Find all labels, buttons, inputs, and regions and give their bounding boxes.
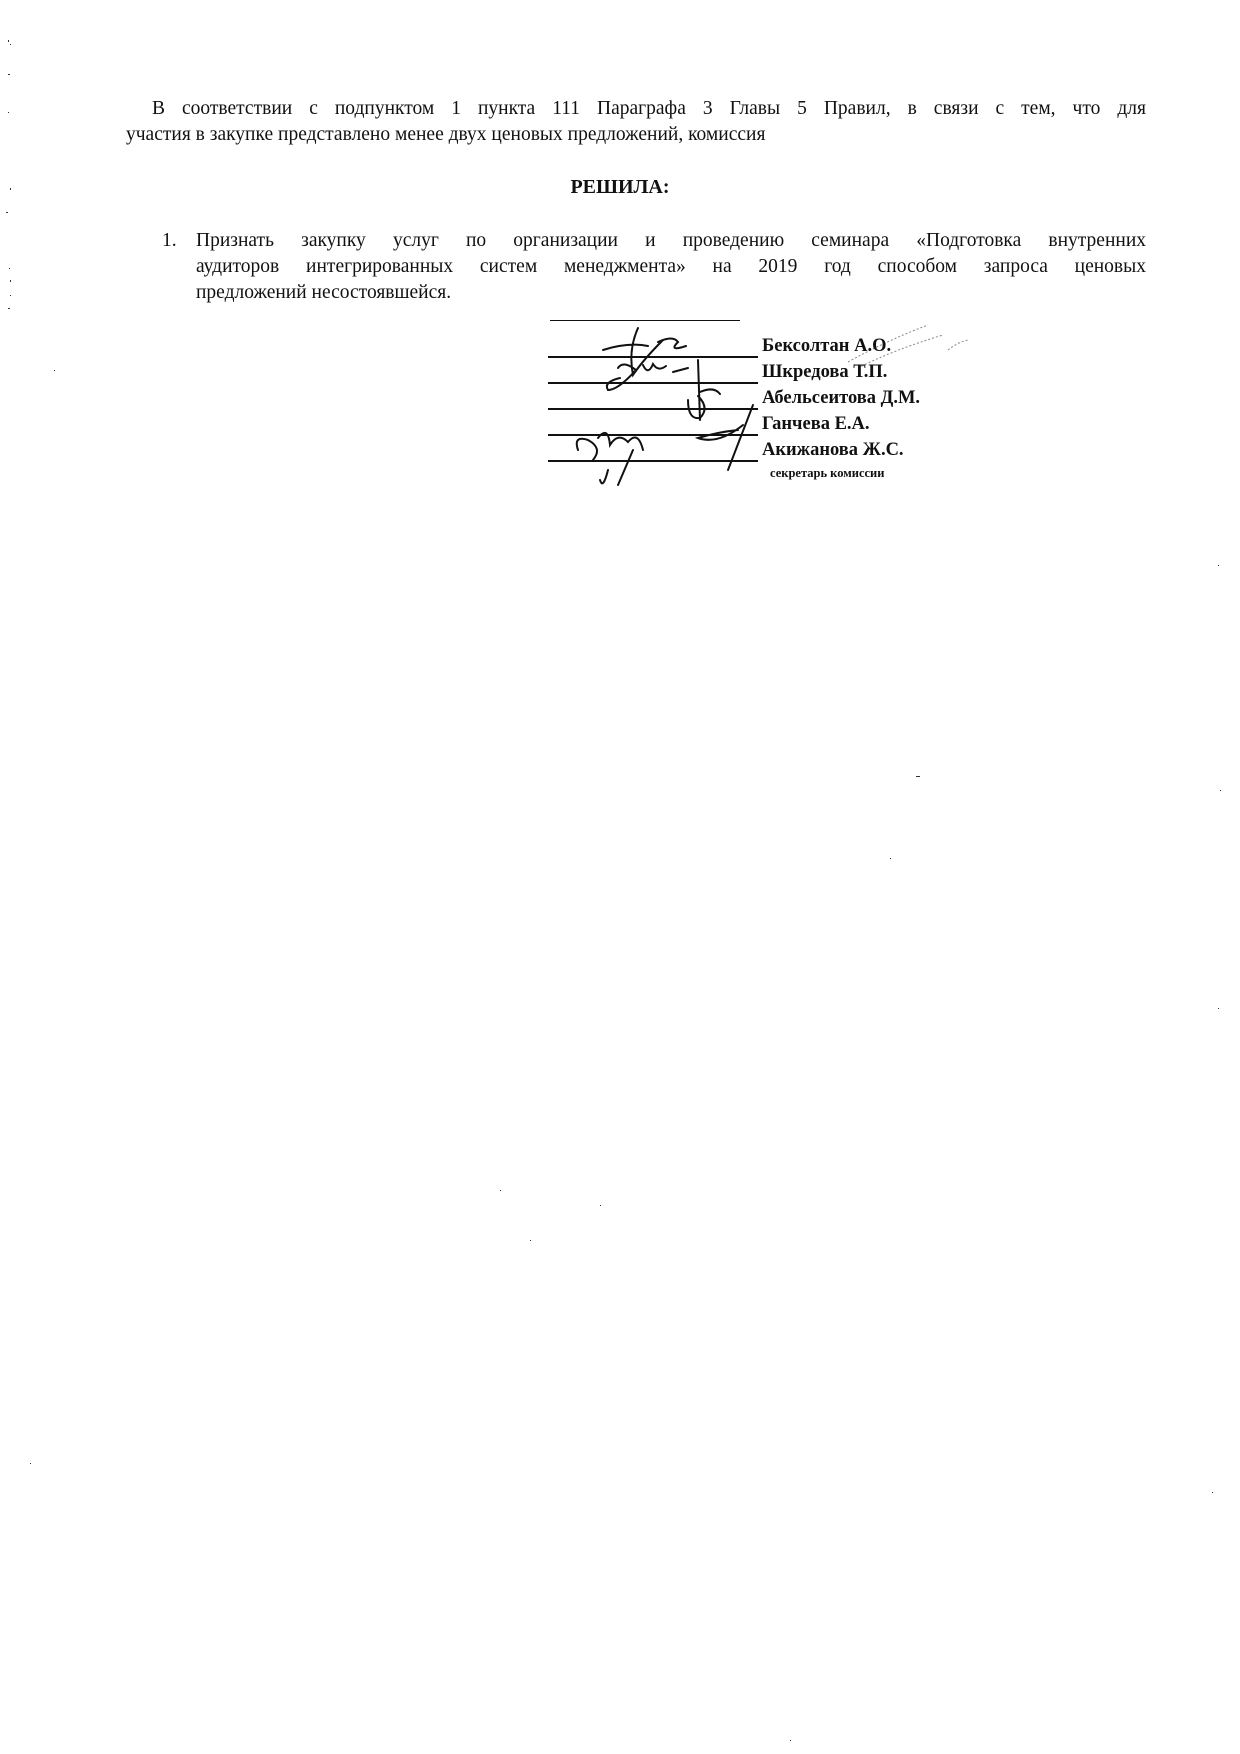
- signatory-name: Бексолтан А.О.: [762, 336, 891, 357]
- document-page: В соответствии с подпунктом 1 пункта 111…: [0, 0, 1240, 1754]
- decision-number: 1.: [162, 228, 177, 254]
- secretary-role-label: секретарь комиссии: [770, 466, 884, 481]
- decision-heading: РЕШИЛА:: [0, 176, 1240, 199]
- signatory-name: Абельсеитова Д.М.: [762, 388, 920, 409]
- intro-line-1: В соответствии с подпунктом 1 пункта 111…: [126, 96, 1146, 122]
- signatory-name: Ганчева Е.А.: [762, 414, 870, 435]
- decision-line-3: предложений несостоявшейся.: [196, 282, 451, 303]
- signature-block: Бексолтан А.О. Шкредова Т.П. Абельсеитов…: [548, 320, 1008, 500]
- signatory-name: Шкредова Т.П.: [762, 362, 887, 383]
- decision-line-1: Признать закупку услуг по организации и …: [196, 228, 1146, 254]
- signatory-name: Акижанова Ж.С.: [762, 440, 904, 461]
- intro-paragraph: В соответствии с подпунктом 1 пункта 111…: [126, 96, 1146, 148]
- decision-line-2: аудиторов интегрированных систем менеджм…: [196, 254, 1146, 280]
- intro-line-2: участия в закупке представлено менее дву…: [126, 124, 765, 145]
